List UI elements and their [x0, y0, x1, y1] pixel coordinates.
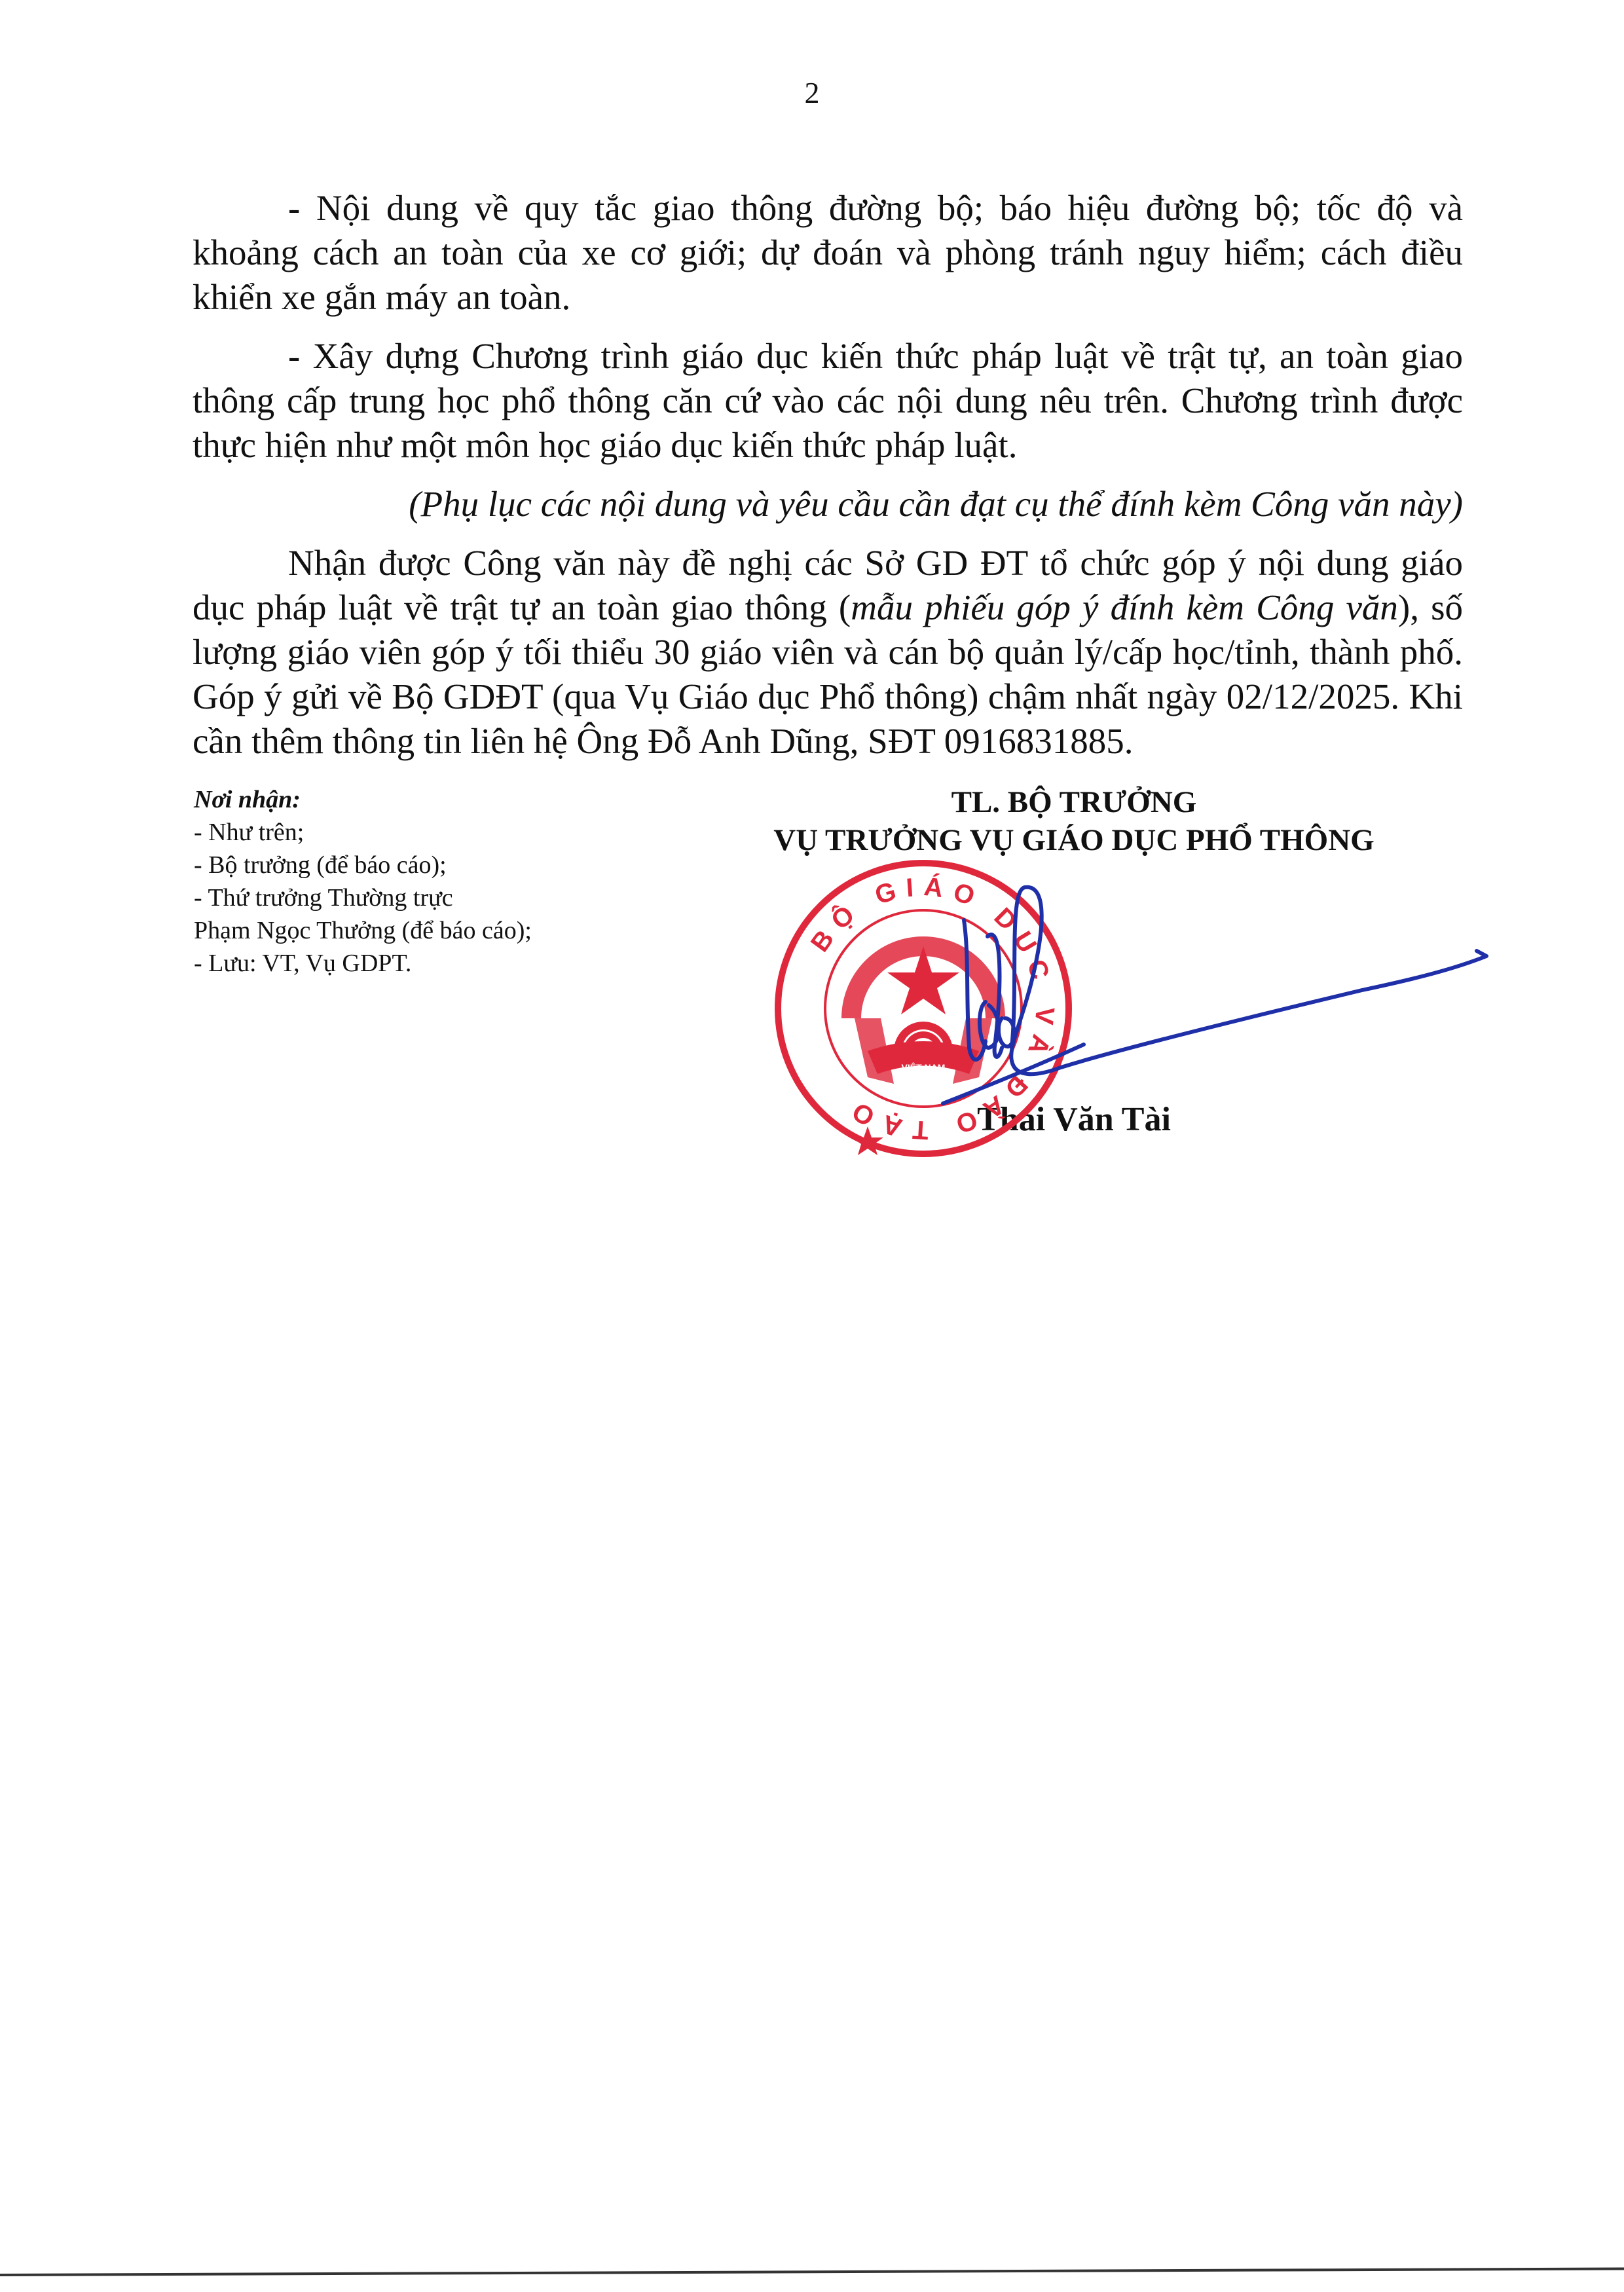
request-form-note: mẫu phiếu góp ý đính kèm Công văn: [851, 587, 1398, 627]
scan-edge-line: [0, 2267, 1624, 2276]
recipient-item: - Thứ trưởng Thường trực: [194, 881, 692, 914]
recipient-item: - Lưu: VT, Vụ GDPT.: [194, 947, 692, 980]
recipient-item: Phạm Ngọc Thưởng (để báo cáo);: [194, 914, 692, 947]
document-body: - Nội dung về quy tắc giao thông đường b…: [193, 186, 1463, 778]
recipient-item: - Như trên;: [194, 816, 692, 849]
page-number: 2: [0, 73, 1624, 113]
paragraph-build-program: - Xây dựng Chương trình giáo dục kiến th…: [193, 334, 1463, 468]
handwritten-signature-icon: [904, 851, 1532, 1126]
annex-note: (Phụ lục các nội dung và yêu cầu cần đạt…: [193, 482, 1463, 527]
recipient-item: - Bộ trưởng (để báo cáo);: [194, 849, 692, 881]
recipients-title: Nơi nhận:: [194, 783, 692, 816]
signature-title-block: TL. BỘ TRƯỞNG VỤ TRƯỞNG VỤ GIÁO DỤC PHỔ …: [694, 783, 1454, 859]
paragraph-request-feedback: Nhận được Công văn này đề nghị các Sở GD…: [193, 541, 1463, 764]
signature-authority-line: TL. BỘ TRƯỞNG: [694, 783, 1454, 821]
paragraph-traffic-content: - Nội dung về quy tắc giao thông đường b…: [193, 186, 1463, 320]
recipients-block: Nơi nhận: - Như trên; - Bộ trưởng (để bá…: [194, 783, 692, 980]
